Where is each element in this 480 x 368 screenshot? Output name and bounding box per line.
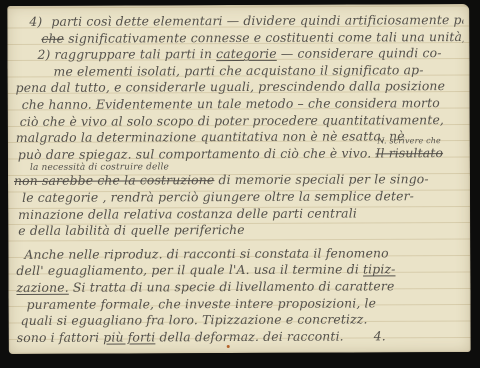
handwritten-line: Anche nelle riproduz. di racconti si con… xyxy=(24,245,464,264)
underlined-word: categorie xyxy=(216,46,277,61)
line-text: malgrado la determinazione quantitativa … xyxy=(16,128,405,145)
handwritten-line: che significativamente connesse e costit… xyxy=(41,29,463,47)
insertion-text: la necessità di costruire delle xyxy=(30,163,169,174)
underlined-word: zazione. xyxy=(16,280,68,295)
handwritten-line: zazione. Si tratta di una specie di live… xyxy=(16,278,464,297)
line-text: quali si eguagliano fra loro. Tipizzazio… xyxy=(21,312,368,329)
item-number: 2) xyxy=(37,47,50,64)
manuscript-card: 4)parti così dette elementari — dividere… xyxy=(7,4,471,354)
underlined-word: tipiz- xyxy=(363,262,396,277)
line-text: parti così dette elementari — dividere q… xyxy=(51,12,464,29)
line-text: che hanno. Evidentemente un tale metodo … xyxy=(22,95,440,112)
line-text: può dare spiegaz. sul comportamento di c… xyxy=(18,145,376,162)
line-text: raggruppare tali parti in xyxy=(54,46,216,62)
handwritten-text-block: 4)parti così dette elementari — dividere… xyxy=(13,12,464,350)
line-text: — considerare quindi co- xyxy=(277,45,442,61)
handwritten-line: ciò che è vivo al solo scopo di poter pr… xyxy=(20,112,464,131)
struck-phrase: non sarebbe che la costruzione xyxy=(14,172,214,188)
line-text: Anche nelle riproduz. di racconti si con… xyxy=(24,245,389,262)
line-text: Si tratta di una specie di livellamento … xyxy=(69,278,395,294)
line-text: pena dal tutto, e considerarle uguali, p… xyxy=(16,78,445,95)
line-text: significativamente connesse e costituent… xyxy=(68,29,465,46)
handwritten-line: dell' eguagliamento, per il quale l'A. u… xyxy=(16,261,464,280)
handwritten-line: può dare spiegaz. sul comportamento di c… xyxy=(18,145,464,164)
handwritten-line: quali si eguagliano fra loro. Tipizzazio… xyxy=(21,311,465,330)
line-text: dell' eguagliamento, per il quale l'A. u… xyxy=(16,262,363,279)
handwritten-line: me elementi isolati, parti che acquistan… xyxy=(53,62,463,80)
correction-group: N. scrivere cheIl risultato xyxy=(375,145,443,162)
struck-word: che xyxy=(41,30,64,45)
line-text: e della labilità di quelle periferiche xyxy=(18,222,245,238)
page-number: 4. xyxy=(374,328,386,345)
line-text: puramente formale, che investe intere pr… xyxy=(27,295,377,312)
line-text: me elementi isolati, parti che acquistan… xyxy=(53,62,423,79)
handwritten-line: 4)parti così dette elementari — dividere… xyxy=(29,12,463,30)
item-number: 4) xyxy=(29,14,42,31)
handwritten-line: minazione della relativa costanza delle … xyxy=(18,205,464,224)
handwritten-line: sono i fattori più forti della deformaz.… xyxy=(17,328,465,347)
handwritten-line: 2)raggruppare tali parti in categorie — … xyxy=(37,45,463,63)
handwritten-line: non sarebbe che la costruzione di memori… xyxy=(14,171,464,190)
ink-fleck xyxy=(227,345,230,348)
line-text: sono i fattori xyxy=(17,329,104,344)
line-text: le categorie , rendrà perciò giungere ol… xyxy=(22,188,414,205)
line-text: di memorie speciali per le singo- xyxy=(214,172,428,188)
line-text: minazione della relativa costanza delle … xyxy=(18,205,357,221)
handwritten-line: pena dal tutto, e considerarle uguali, p… xyxy=(16,78,464,97)
handwritten-line: e della labilità di quelle periferiche xyxy=(18,221,464,240)
line-text: della deformaz. dei racconti. xyxy=(155,328,343,344)
interlinear-insertion: N. scrivere che xyxy=(377,137,441,145)
handwritten-line: puramente formale, che investe intere pr… xyxy=(27,295,465,314)
struck-word: Il risultato xyxy=(375,145,443,160)
handwritten-line: che hanno. Evidentemente un tale metodo … xyxy=(22,95,464,114)
handwritten-line: le categorie , rendrà perciò giungere ol… xyxy=(22,188,464,207)
underlined-phrase: più forti xyxy=(103,329,155,344)
line-text: ciò che è vivo al solo scopo di poter pr… xyxy=(20,112,444,129)
